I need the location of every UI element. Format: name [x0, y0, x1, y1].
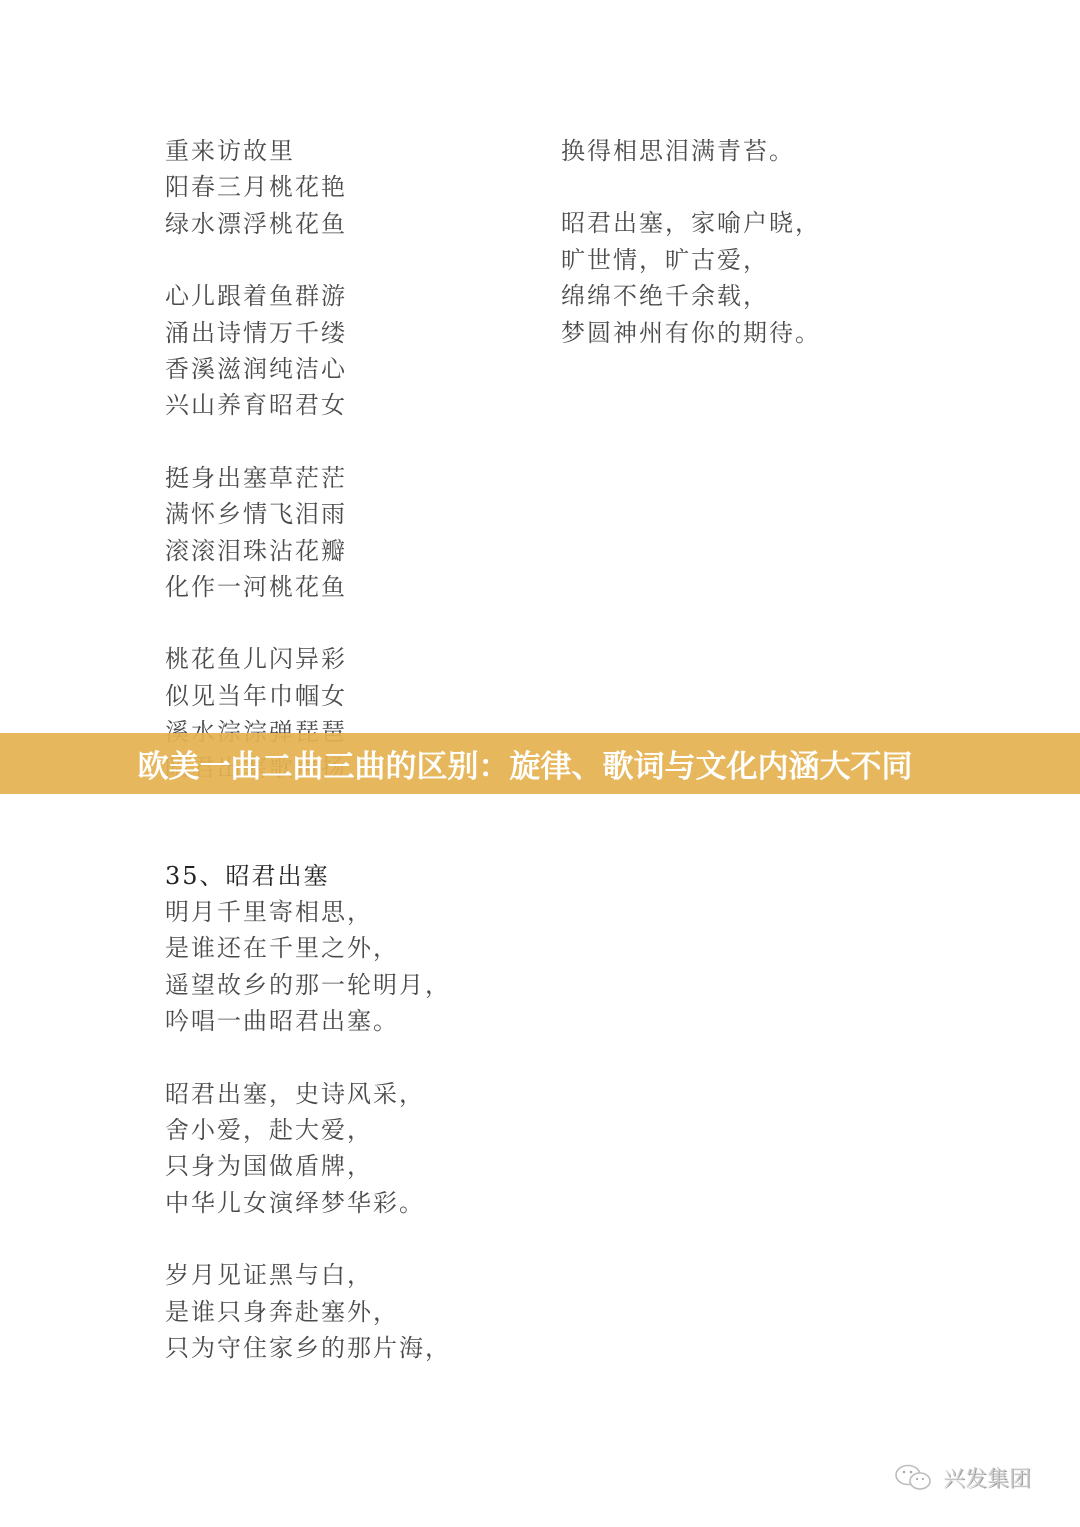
poem-line: 满怀乡情飞泪雨 — [165, 496, 545, 532]
poem-line: 只身为国做盾牌， — [165, 1148, 585, 1184]
poem-line: 遥望故乡的那一轮明月， — [165, 967, 585, 1003]
right-column: 换得相思泪满青苔。 昭君出塞，家喻户晓， 旷世情，旷古爱， 绵绵不绝千余载， 梦… — [561, 133, 921, 387]
stanza: 心儿跟着鱼群游 涌出诗情万千缕 香溪滋润纯洁心 兴山养育昭君女 — [165, 278, 545, 424]
left-column: 重来访故里 阳春三月桃花艳 绿水漂浮桃花鱼 心儿跟着鱼群游 涌出诗情万千缕 香溪… — [165, 133, 545, 823]
poem-line: 梦圆神州有你的期待。 — [561, 315, 921, 351]
stanza: 岁月见证黑与白， 是谁只身奔赴塞外， 只为守住家乡的那片海， — [165, 1257, 585, 1366]
poem-line: 是谁还在千里之外， — [165, 930, 585, 966]
poem-line: 重来访故里 — [165, 133, 545, 169]
poem-line: 舍小爱，赴大爱， — [165, 1112, 585, 1148]
poem-line: 兴山养育昭君女 — [165, 387, 545, 423]
poem-line: 岁月见证黑与白， — [165, 1257, 585, 1293]
poem-line: 绿水漂浮桃花鱼 — [165, 206, 545, 242]
stanza: 换得相思泪满青苔。 — [561, 133, 921, 169]
watermark: 兴发集团 — [893, 1462, 1031, 1493]
poem-line: 化作一河桃花鱼 — [165, 569, 545, 605]
section-title: 35、昭君出塞 — [165, 858, 585, 894]
poem-line: 香溪滋润纯洁心 — [165, 351, 545, 387]
poem-line: 滚滚泪珠沾花瓣 — [165, 533, 545, 569]
stanza: 昭君出塞，史诗风采， 舍小爱，赴大爱， 只身为国做盾牌， 中华儿女演绎梦华彩。 — [165, 1076, 585, 1222]
stanza: 昭君出塞，家喻户晓， 旷世情，旷古爱， 绵绵不绝千余载， 梦圆神州有你的期待。 — [561, 205, 921, 351]
poem-line: 中华儿女演绎梦华彩。 — [165, 1185, 585, 1221]
poem-section: 35、昭君出塞 明月千里寄相思， 是谁还在千里之外， 遥望故乡的那一轮明月， 吟… — [165, 858, 585, 1402]
poem-line: 换得相思泪满青苔。 — [561, 133, 921, 169]
poem-line: 阳春三月桃花艳 — [165, 169, 545, 205]
stanza: 明月千里寄相思， 是谁还在千里之外， 遥望故乡的那一轮明月， 吟唱一曲昭君出塞。 — [165, 894, 585, 1040]
banner-title: 欧美一曲二曲三曲的区别：旋律、歌词与文化内涵大不同 — [138, 741, 913, 786]
title-banner: 欧美一曲二曲三曲的区别：旋律、歌词与文化内涵大不同 — [0, 733, 1080, 794]
poem-line: 明月千里寄相思， — [165, 894, 585, 930]
poem-line: 吟唱一曲昭君出塞。 — [165, 1003, 585, 1039]
poem-line: 心儿跟着鱼群游 — [165, 278, 545, 314]
poem-line: 昭君出塞，家喻户晓， — [561, 205, 921, 241]
poem-line: 昭君出塞，史诗风采， — [165, 1076, 585, 1112]
poem-line: 只为守住家乡的那片海， — [165, 1330, 585, 1366]
watermark-text: 兴发集团 — [943, 1462, 1031, 1493]
stanza: 挺身出塞草茫茫 满怀乡情飞泪雨 滚滚泪珠沾花瓣 化作一河桃花鱼 — [165, 460, 545, 606]
poem-line: 涌出诗情万千缕 — [165, 315, 545, 351]
stanza: 重来访故里 阳春三月桃花艳 绿水漂浮桃花鱼 — [165, 133, 545, 242]
poem-line: 挺身出塞草茫茫 — [165, 460, 545, 496]
wechat-icon — [893, 1463, 935, 1493]
poem-line: 绵绵不绝千余载， — [561, 278, 921, 314]
poem-line: 似见当年巾帼女 — [165, 678, 545, 714]
poem-line: 是谁只身奔赴塞外， — [165, 1294, 585, 1330]
poem-line: 旷世情，旷古爱， — [561, 242, 921, 278]
document-page: 重来访故里 阳春三月桃花艳 绿水漂浮桃花鱼 心儿跟着鱼群游 涌出诗情万千缕 香溪… — [0, 0, 1080, 1527]
poem-line: 桃花鱼儿闪异彩 — [165, 641, 545, 677]
